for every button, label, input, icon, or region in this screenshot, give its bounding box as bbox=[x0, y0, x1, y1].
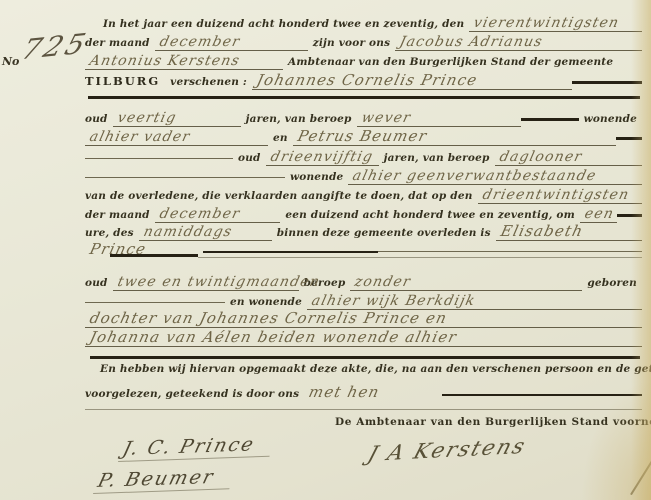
entry-death-hour: een bbox=[580, 203, 617, 223]
rule-segment bbox=[572, 81, 642, 84]
line-parents-1: dochter van Johannes Cornelis Prince en bbox=[85, 308, 642, 324]
printed-overleden-is: binnen deze gemeente overleden is bbox=[277, 227, 491, 239]
blank-fill-line bbox=[198, 257, 642, 258]
printed-opening: In het jaar een duizend acht honderd twe… bbox=[103, 18, 464, 30]
line-registrar-title: Antonius Kerstens Ambtenaar van den Burg… bbox=[85, 50, 642, 66]
line-appeared: TILBURG verschenen : Johannes Cornelis P… bbox=[85, 70, 642, 86]
divider-hairline bbox=[85, 409, 642, 410]
printed-year-phrase: een duizend acht honderd twee en zeventi… bbox=[285, 209, 575, 221]
entry-day: vierentwintigsten bbox=[469, 12, 642, 32]
rule-segment bbox=[521, 118, 579, 121]
printed-city: TILBURG bbox=[85, 74, 160, 88]
printed-closing1: En hebben wij hiervan opgemaakt deze akt… bbox=[100, 363, 651, 375]
entry-signed-note: met hen bbox=[304, 382, 442, 401]
signature-official: J A Kerstens bbox=[365, 434, 530, 466]
line-opening: In het jaar een duizend acht honderd twe… bbox=[103, 12, 642, 28]
printed-der-maand: der maand bbox=[85, 37, 150, 49]
line-declarant1-age: oud veertig jaren, van beroep wever wone… bbox=[85, 107, 642, 123]
printed-en: en bbox=[273, 132, 288, 144]
page-corner-shading bbox=[581, 380, 651, 500]
rule-segment bbox=[110, 254, 198, 257]
rule-segment bbox=[617, 214, 642, 217]
entry-declarant1-relation: alhier vader bbox=[85, 126, 268, 146]
divider-rule bbox=[88, 96, 640, 99]
printed-ure-des: ure, des bbox=[85, 227, 134, 239]
rule-segment bbox=[616, 137, 642, 140]
printed-closing2: voorgelezen, geteekend is door ons bbox=[85, 388, 299, 400]
entry-registrar-last: Antonius Kerstens bbox=[85, 50, 283, 70]
entry-parents-line2: Johanna van Aélen beiden wonende alhier bbox=[85, 327, 642, 347]
entry-death-daypart: namiddags bbox=[139, 221, 272, 241]
printed-wonende2: wonende bbox=[290, 171, 343, 183]
printed-oud3: oud bbox=[85, 277, 108, 289]
signature-declarant2: P. Beumer bbox=[93, 465, 235, 494]
entry-deceased-firstname: Elisabeth bbox=[496, 221, 642, 241]
printed-jaren-beroep2: jaren, van beroep bbox=[384, 152, 490, 164]
entry-declarant2-occupation: daglooner bbox=[495, 146, 642, 166]
line-deceased-age: oud twee en twintigmaanden beroep zonder… bbox=[85, 271, 642, 287]
line-parents-2: Johanna van Aélen beiden wonende alhier bbox=[85, 327, 642, 343]
printed-en-wonende: en wonende bbox=[230, 296, 302, 308]
printed-geboren: geboren bbox=[587, 277, 637, 289]
blank-fill-line bbox=[378, 251, 642, 252]
entry-parents-line1: dochter van Johannes Cornelis Prince en bbox=[85, 308, 642, 328]
line-declaration: van de overledene, die verklaarden aangi… bbox=[85, 184, 642, 200]
entry-declarant2-relation: alhier geenverwantbestaande bbox=[348, 165, 642, 185]
rule-segment bbox=[203, 251, 378, 253]
entry-deceased-age: twee en twintigmaanden bbox=[113, 271, 299, 291]
printed-der-maand2: der maand bbox=[85, 209, 150, 221]
entry-month: december bbox=[155, 31, 308, 51]
blank-fill-line bbox=[85, 177, 285, 178]
entry-declarant2-name: Petrus Beumer bbox=[293, 126, 616, 146]
line-deceased-lastname: Prince bbox=[85, 239, 642, 255]
printed-jaren-beroep: jaren, van beroep bbox=[246, 113, 352, 125]
printed-zijn-voor-ons: zijn voor ons bbox=[313, 37, 390, 49]
entry-deceased-occupation: zonder bbox=[350, 271, 582, 291]
line-declarant2-age: oud drieenvijftig jaren, van beroep dagl… bbox=[85, 146, 642, 162]
printed-wonende1: wonende bbox=[584, 113, 637, 125]
line-death-month: der maand december een duizend acht hond… bbox=[85, 203, 642, 219]
line-closing-2: voorgelezen, geteekend is door ons met h… bbox=[85, 382, 642, 398]
line-closing-1: En hebben wij hiervan opgemaakt deze akt… bbox=[100, 363, 642, 379]
printed-registrar-title: Ambtenaar van den Burgerlijken Stand der… bbox=[288, 56, 613, 68]
entry-declarant2-age: drieenvijftig bbox=[266, 146, 379, 166]
line-declarant2-relation: wonende alhier geenverwantbestaande bbox=[85, 165, 642, 181]
death-certificate-page: No 725 In het jaar een duizend acht hond… bbox=[0, 0, 651, 500]
divider-rule bbox=[90, 356, 640, 359]
printed-declaration: van de overledene, die verklaarden aangi… bbox=[85, 190, 473, 202]
blank-fill-line bbox=[85, 302, 225, 303]
line-declarant2-name: alhier vader en Petrus Beumer bbox=[85, 126, 642, 142]
entry-declarant1-occupation: wever bbox=[357, 107, 521, 127]
entry-declarant1-name: Johannes Cornelis Prince bbox=[252, 70, 572, 90]
entry-death-day: drieentwintigsten bbox=[478, 184, 642, 204]
line-residence: en wonende alhier wijk Berkdijk bbox=[85, 290, 642, 306]
entry-death-month: december bbox=[155, 203, 281, 223]
signature-declarant1: J. C. Prince bbox=[118, 433, 276, 462]
line-death-hour: ure, des namiddags binnen deze gemeente … bbox=[85, 221, 642, 237]
entry-registrar-first: Jacobus Adrianus bbox=[395, 31, 642, 51]
printed-oud: oud bbox=[85, 113, 108, 125]
entry-deceased-residence: alhier wijk Berkdijk bbox=[307, 290, 642, 310]
record-number: 725 bbox=[18, 27, 93, 66]
entry-declarant1-age: veertig bbox=[113, 107, 241, 127]
blank-fill-line bbox=[85, 158, 233, 159]
printed-verschenen: verschenen : bbox=[170, 76, 247, 88]
line-month-registrar: der maand december zijn voor ons Jacobus… bbox=[85, 31, 642, 47]
printed-oud2: oud bbox=[238, 152, 261, 164]
